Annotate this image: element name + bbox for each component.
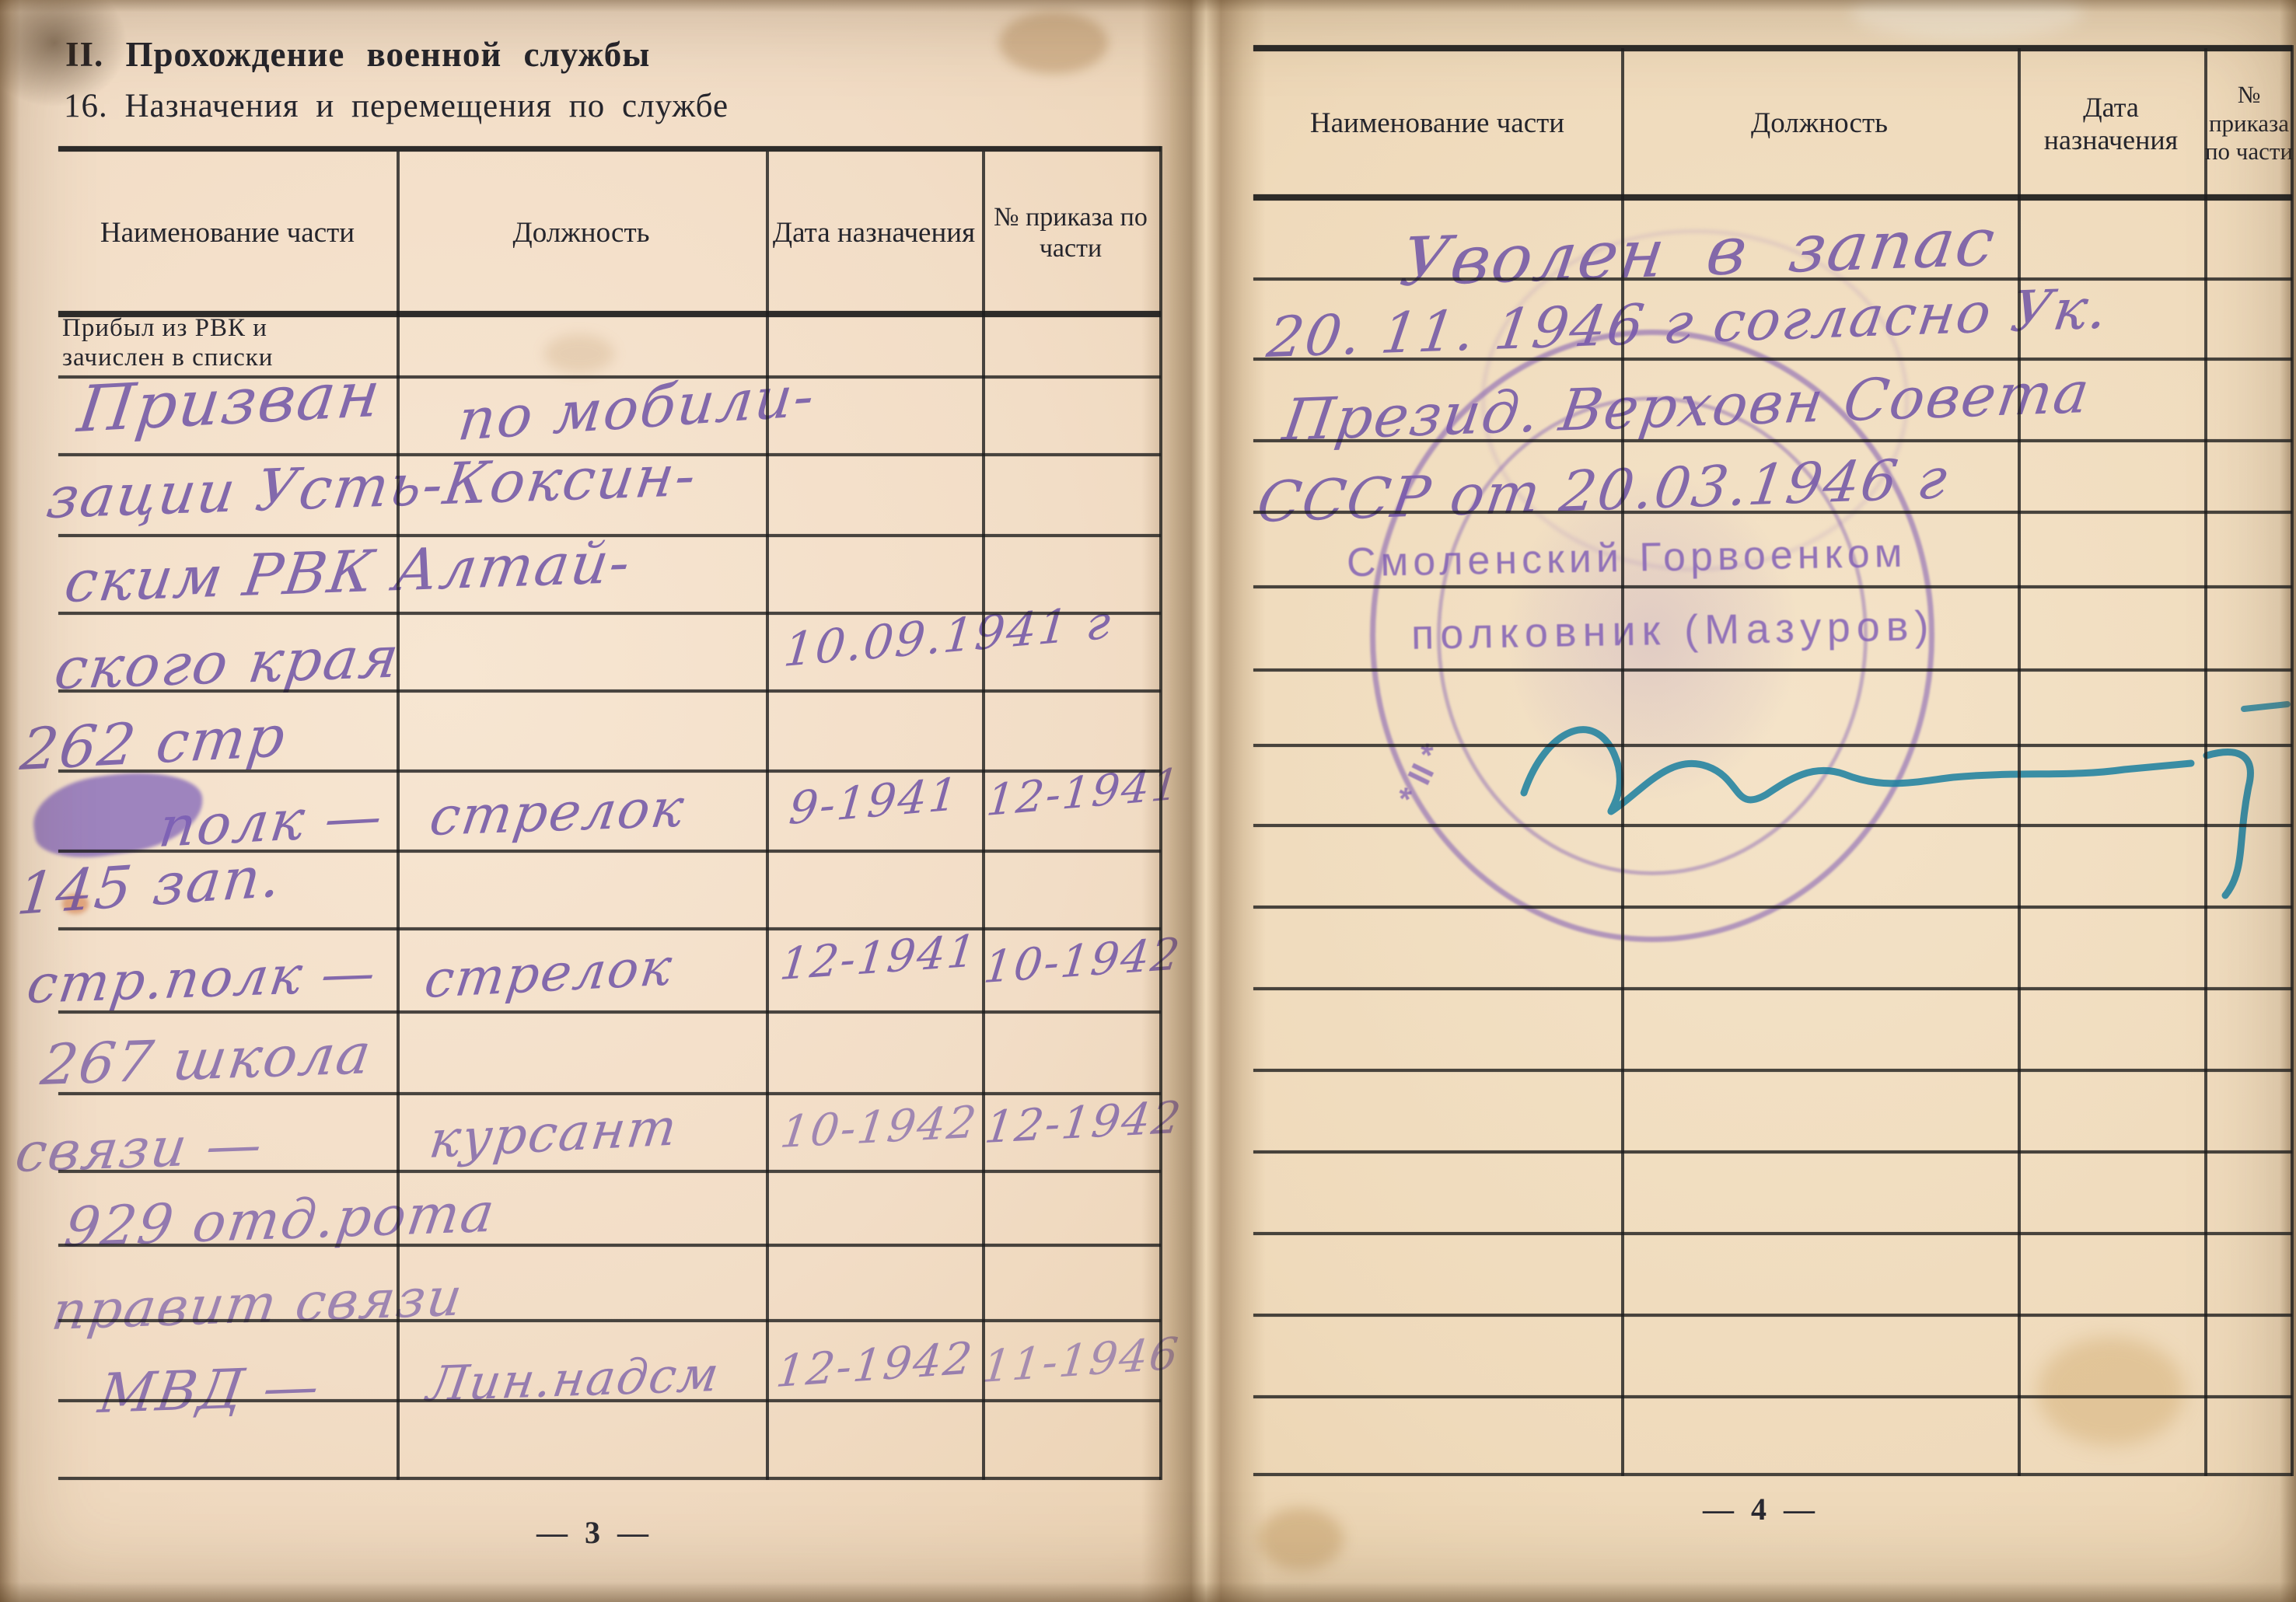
ruled-line [1253, 1395, 2292, 1398]
ruled-line [1253, 744, 2292, 747]
handwritten-entry: МВД — [95, 1354, 324, 1426]
column-divider-line [1159, 146, 1162, 1480]
ruled-line [58, 453, 1161, 456]
ruled-line [1253, 1473, 2292, 1476]
column-divider-line [397, 152, 400, 1480]
ruled-line [1253, 277, 2292, 281]
printed-note-line1: Прибыл из РВК и [62, 314, 267, 343]
military-service-record-scan: II. Прохождение военной службы 16. Назна… [0, 0, 2296, 1602]
ruled-line [58, 1092, 1161, 1095]
ruled-line [1253, 1314, 2292, 1317]
ruled-line [58, 146, 1161, 152]
column-divider-line [1621, 48, 1624, 1476]
ruled-line [1253, 45, 2292, 51]
col-header-date: Дата назначения [2018, 54, 2204, 193]
col-header-order-no: № приказа по части [982, 155, 1159, 311]
ruled-line [58, 1399, 1161, 1402]
ruled-line [58, 770, 1161, 773]
ruled-line [58, 534, 1161, 537]
stamp-text-line1: Смоленский Горвоенком [1347, 530, 1907, 587]
section-heading: II. Прохождение военной службы [65, 34, 650, 75]
col-header-position: Должность [1621, 54, 2018, 193]
ruled-line [1253, 1150, 2292, 1154]
ruled-line [1253, 511, 2292, 514]
ruled-line [1253, 824, 2292, 827]
ruled-line [58, 1010, 1161, 1014]
ruled-line [58, 927, 1161, 930]
ruled-line [1253, 194, 2292, 201]
ruled-line [1253, 439, 2292, 442]
ruled-line [58, 1244, 1161, 1247]
ruled-line [58, 689, 1161, 693]
ruled-line [58, 1477, 1161, 1480]
ruled-line [1253, 668, 2292, 672]
column-divider-line [982, 152, 985, 1480]
ruled-line [1253, 1232, 2292, 1235]
ruled-line [58, 850, 1161, 853]
handwritten-date: 12-1942 [982, 1092, 1185, 1154]
ruled-line [58, 612, 1161, 615]
handwritten-date: 10-1942 [778, 1097, 980, 1158]
col-header-order-no: № приказа по части [2204, 54, 2294, 193]
column-divider-line [2204, 48, 2207, 1476]
handwritten-entry: связи — [12, 1112, 267, 1185]
ruled-line [1253, 906, 2292, 909]
stamp-text-line2: полковник (Мазуров) [1411, 602, 1935, 659]
ruled-line [1253, 1069, 2292, 1072]
ruled-line [58, 1319, 1161, 1322]
ruled-line [58, 311, 1161, 317]
section-subheading: 16. Назначения и перемещения по службе [64, 87, 729, 125]
ruled-line [1253, 358, 2292, 361]
column-divider-line [766, 152, 769, 1480]
col-header-unit-name: Наименование части [58, 155, 397, 311]
col-header-unit-name: Наименование части [1253, 54, 1621, 193]
col-header-date: Дата назначения [766, 155, 982, 311]
ruled-line [58, 1170, 1161, 1173]
column-divider-line [2291, 45, 2294, 1476]
col-header-position: Должность [397, 155, 766, 311]
column-divider-line [2018, 48, 2021, 1476]
handwritten-entry: 267 школа [37, 1021, 376, 1098]
ruled-line [58, 375, 1161, 379]
page-number-4: — 4 — [1676, 1491, 1847, 1527]
handwritten-entry: стр.полк — [23, 942, 381, 1016]
ruled-line [1253, 987, 2292, 990]
ruled-line [1253, 585, 2292, 588]
page-number-3: — 3 — [509, 1514, 680, 1551]
handwritten-entry: Лин.надсм [424, 1345, 724, 1412]
handwritten-entry: стрелок [426, 778, 689, 848]
